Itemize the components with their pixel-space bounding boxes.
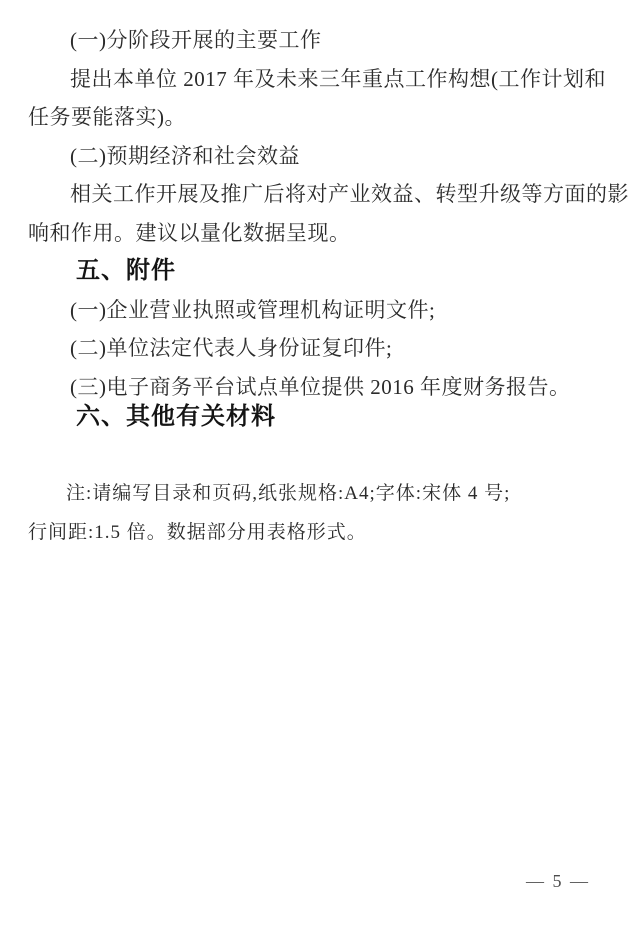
document-page: (一)分阶段开展的主要工作提出本单位 2017 年及未来三年重点工作构想(工作计… [0,0,640,928]
text-line: (二)预期经济和社会效益 [28,137,614,176]
note-line: 行间距:1.5 倍。数据部分用表格形式。 [28,514,614,553]
text-line: (一)企业营业执照或管理机构证明文件; [28,291,614,330]
text-line: 任务要能落实)。 [28,98,614,137]
text-line: 提出本单位 2017 年及未来三年重点工作构想(工作计划和 [28,60,614,99]
text-line: (一)分阶段开展的主要工作 [28,21,614,60]
text-line: 响和作用。建议以量化数据呈现。 [28,214,614,253]
blank-line [28,437,614,476]
document-body: (一)分阶段开展的主要工作提出本单位 2017 年及未来三年重点工作构想(工作计… [28,21,614,552]
page-number: — 5 — [526,871,590,892]
note-line: 注:请编写目录和页码,纸张规格:A4;字体:宋体 4 号; [28,475,614,514]
text-line: (二)单位法定代表人身份证复印件; [28,329,614,368]
text-line: 相关工作开展及推广后将对产业效益、转型升级等方面的影 [28,175,614,214]
section-heading-line: 五、附件 [28,252,614,291]
